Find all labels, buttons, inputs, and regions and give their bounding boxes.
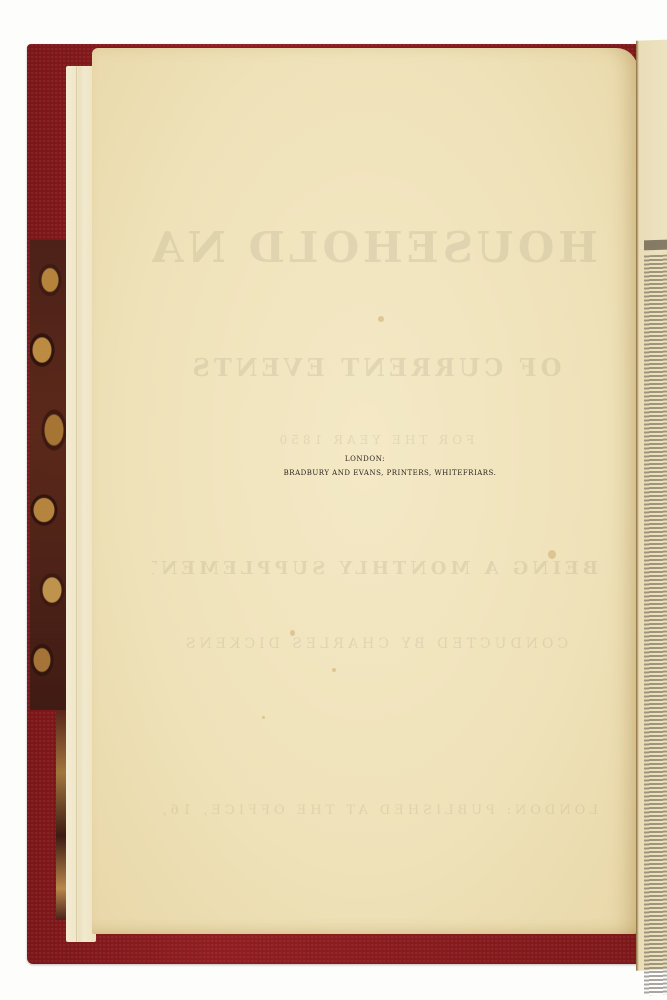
show-through-conductor: CONDUCTED BY CHARLES DICKENS — [152, 636, 598, 652]
facing-page-heading — [644, 239, 667, 250]
printer-imprint: LONDON: BRADBURY AND EVANS, PRINTERS, WH… — [92, 455, 638, 477]
book-photo: HOUSEHOLD NARRATIVE OF CURRENT EVENTS FO… — [0, 0, 667, 1000]
imprint-city: LONDON: — [92, 455, 638, 463]
show-through-supplement: BEING A MONTHLY SUPPLEMENT TO HOUSEHOLD … — [152, 558, 598, 579]
imprint-printer: BRADBURY AND EVANS, PRINTERS, WHITEFRIAR… — [92, 469, 638, 477]
marbled-board — [30, 240, 68, 710]
show-through-footer: LONDON: PUBLISHED AT THE OFFICE, 16, WEL… — [152, 803, 598, 818]
book-page: HOUSEHOLD NARRATIVE OF CURRENT EVENTS FO… — [92, 48, 638, 934]
facing-page-text — [644, 254, 667, 995]
show-through-subtitle: OF CURRENT EVENTS — [152, 353, 598, 382]
show-through-year: FOR THE YEAR 1850 — [152, 433, 598, 447]
show-through-title: HOUSEHOLD NARRATIVE — [152, 223, 598, 272]
facing-page — [636, 39, 667, 970]
